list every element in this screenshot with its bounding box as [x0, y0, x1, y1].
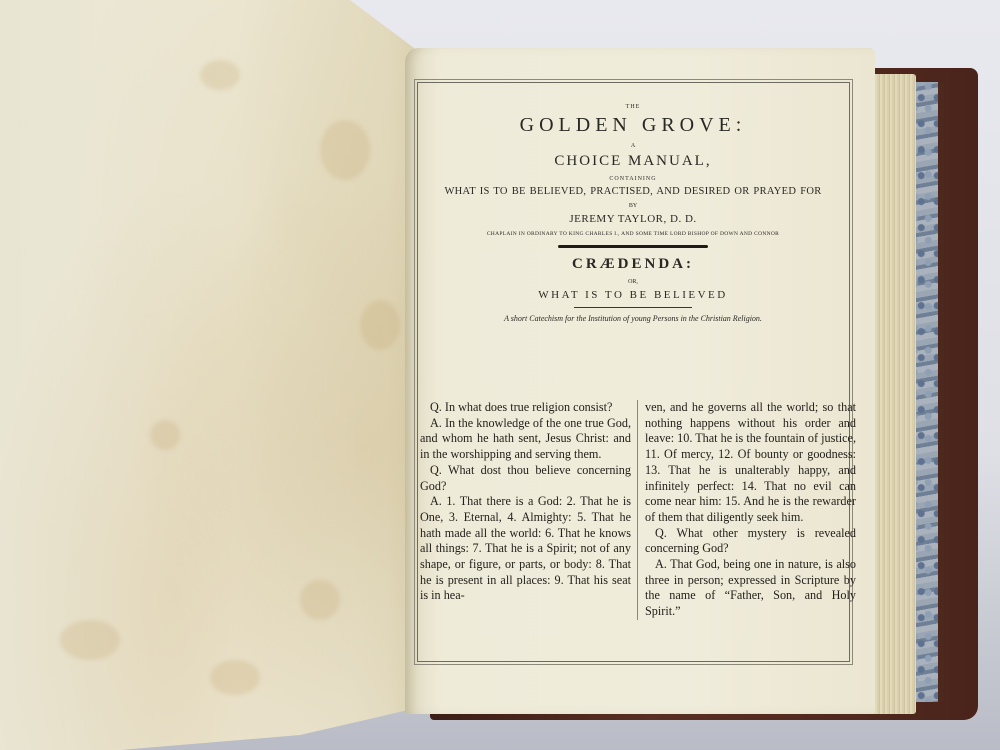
page-stack — [872, 74, 916, 714]
section-or: OR, — [420, 279, 846, 285]
book-description: WHAT IS TO BE BELIEVED, PRACTISED, AND D… — [420, 186, 846, 197]
containing-label: CONTAINING — [420, 176, 846, 182]
title-article: THE — [420, 104, 846, 110]
foxing-stain — [360, 300, 400, 350]
subtitle-article: A — [420, 143, 846, 149]
paragraph: A. In the knowledge of the one true God,… — [420, 416, 631, 463]
book-title: GOLDEN GROVE: — [420, 114, 846, 137]
foxing-stain — [60, 620, 120, 660]
book-photo: THE GOLDEN GROVE: A CHOICE MANUAL, CONTA… — [0, 0, 1000, 750]
foxing-stain — [320, 120, 370, 180]
catechism-columns: Q. In what does true religion consist? A… — [420, 400, 856, 620]
section-title: CRÆDENDA: — [420, 256, 846, 273]
foxing-stain — [300, 580, 340, 620]
title-block: THE GOLDEN GROVE: A CHOICE MANUAL, CONTA… — [420, 100, 846, 323]
paragraph: Q. In what does true religion consist? — [420, 400, 631, 416]
left-page-blank — [0, 0, 430, 750]
foxing-stain — [200, 60, 240, 90]
paragraph: A. 1. That there is a God: 2. That he is… — [420, 494, 631, 604]
author-name: JEREMY TAYLOR, D. D. — [420, 213, 846, 225]
paragraph: Q. What dost thou believe concerning God… — [420, 463, 631, 494]
by-label: BY — [420, 203, 846, 209]
left-column: Q. In what does true religion consist? A… — [420, 400, 638, 620]
paragraph: A. That God, being one in nature, is als… — [645, 557, 856, 620]
paragraph: ven, and he governs all the world; so th… — [645, 400, 856, 526]
divider-rule — [558, 245, 708, 248]
foxing-stain — [150, 420, 180, 450]
divider-rule-thin — [574, 307, 692, 308]
section-subtitle: WHAT IS TO BE BELIEVED — [420, 289, 846, 301]
paragraph: Q. What other mystery is revealed concer… — [645, 526, 856, 557]
foxing-stain — [210, 660, 260, 695]
author-credentials: CHAPLAIN IN ORDINARY TO KING CHARLES I.,… — [420, 231, 846, 237]
right-column: ven, and he governs all the world; so th… — [638, 400, 856, 620]
book-subtitle: CHOICE MANUAL, — [420, 153, 846, 170]
section-intro: A short Catechism for the Institution of… — [420, 314, 846, 323]
